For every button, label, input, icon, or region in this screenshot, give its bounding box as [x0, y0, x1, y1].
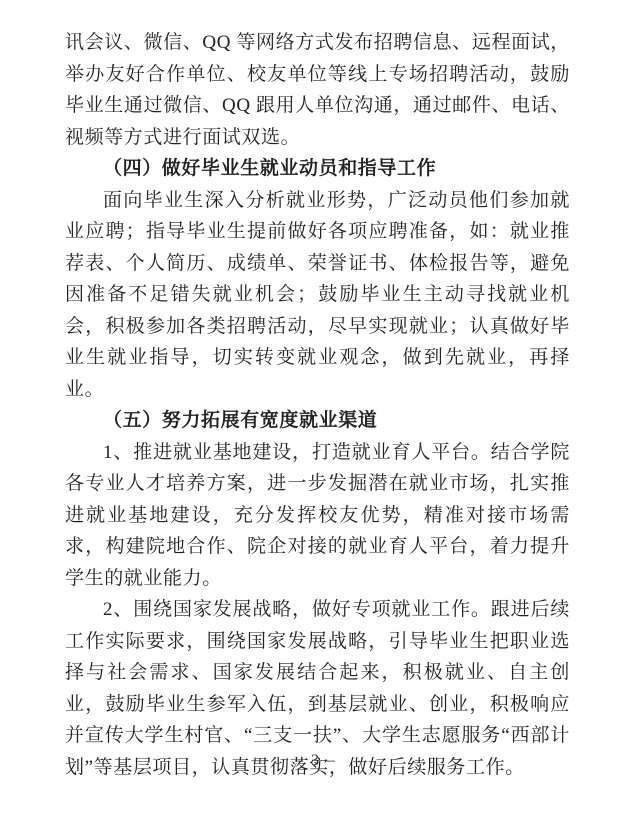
section-heading-4: （四）做好毕业生就业动员和指导工作	[65, 153, 570, 185]
paragraph-continuation: 讯会议、微信、QQ 等网络方式发布招聘信息、远程面试，举办友好合作单位、校友单位…	[65, 27, 570, 153]
paragraph-section-4-body: 面向毕业生深入分析就业形势，广泛动员他们参加就业应聘；指导毕业生提前做好各项应聘…	[65, 185, 570, 406]
section-heading-5: （五）努力拓展有宽度就业渠道	[65, 405, 570, 437]
page-number: – 3 –	[0, 752, 632, 770]
document-page: 讯会议、微信、QQ 等网络方式发布招聘信息、远程面试，举办友好合作单位、校友单位…	[0, 0, 632, 823]
paragraph-item-1: 1、推进就业基地建设，打造就业育人平台。结合学院各专业人才培养方案，进一步发掘潜…	[65, 437, 570, 595]
